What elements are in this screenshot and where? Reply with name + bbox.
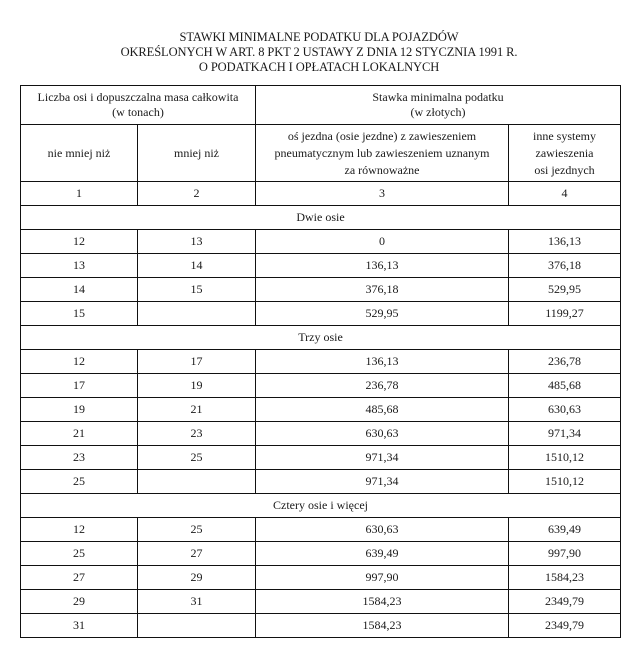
table-cell: 31: [138, 590, 256, 614]
column-number-2: 2: [138, 182, 256, 206]
table-cell: 13: [21, 254, 138, 278]
header-minimum-rate-line2: (w złotych): [260, 105, 616, 120]
column-header-line: zawieszenia: [513, 145, 616, 162]
table-cell: 630,63: [256, 518, 509, 542]
table-cell: 27: [138, 542, 256, 566]
table-cell: 1584,23: [509, 566, 621, 590]
table-cell: 529,95: [509, 278, 621, 302]
column-number-1: 1: [21, 182, 138, 206]
table-cell: 485,68: [509, 374, 621, 398]
column-header-3: oś jezdna (osie jezdne) z zawieszeniempn…: [256, 125, 509, 182]
table-cell: 971,34: [256, 446, 509, 470]
table-cell: 376,18: [256, 278, 509, 302]
column-header-line: za równoważne: [260, 162, 504, 179]
section-label: Dwie osie: [21, 206, 621, 230]
table-row: 12130136,13: [21, 230, 621, 254]
header-minimum-rate-line1: Stawka minimalna podatku: [260, 90, 616, 105]
column-header-2: mniej niż: [138, 125, 256, 182]
table-cell: 1584,23: [256, 614, 509, 638]
column-header-line: osi jezdnych: [513, 162, 616, 179]
document-title: STAWKI MINIMALNE PODATKU DLA POJAZDÓW OK…: [0, 30, 638, 75]
table-cell: 12: [21, 230, 138, 254]
table-cell: 27: [21, 566, 138, 590]
table-row: 2729997,901584,23: [21, 566, 621, 590]
table-cell: 376,18: [509, 254, 621, 278]
column-number-4: 4: [509, 182, 621, 206]
table-cell: 21: [21, 422, 138, 446]
table-cell: 630,63: [509, 398, 621, 422]
table-cell: 19: [138, 374, 256, 398]
table-cell: 630,63: [256, 422, 509, 446]
table-row: 15529,951199,27: [21, 302, 621, 326]
column-header-line: pneumatycznym lub zawieszeniem uznanym: [260, 145, 504, 162]
table-cell: [138, 302, 256, 326]
table-cell: 25: [21, 470, 138, 494]
header-row-columns: nie mniej niżmniej niżoś jezdna (osie je…: [21, 125, 621, 182]
table-cell: 29: [138, 566, 256, 590]
table-cell: 25: [138, 446, 256, 470]
table-cell: 1510,12: [509, 470, 621, 494]
section-row: Trzy osie: [21, 326, 621, 350]
table-cell: 23: [138, 422, 256, 446]
table-row: 1225630,63639,49: [21, 518, 621, 542]
table-row: 29311584,232349,79: [21, 590, 621, 614]
header-axles-mass: Liczba osi i dopuszczalna masa całkowita…: [21, 86, 256, 125]
table-cell: 13: [138, 230, 256, 254]
table-row: 1921485,68630,63: [21, 398, 621, 422]
table-cell: [138, 614, 256, 638]
table-cell: 19: [21, 398, 138, 422]
table-cell: 15: [138, 278, 256, 302]
tax-rates-table: Liczba osi i dopuszczalna masa całkowita…: [20, 85, 621, 638]
table-cell: 997,90: [256, 566, 509, 590]
title-line-2: OKREŚLONYCH W ART. 8 PKT 2 USTAWY Z DNIA…: [0, 45, 638, 60]
table-cell: 971,34: [509, 422, 621, 446]
table-cell: 485,68: [256, 398, 509, 422]
table-cell: 17: [21, 374, 138, 398]
column-header-1: nie mniej niż: [21, 125, 138, 182]
section-row: Cztery osie i więcej: [21, 494, 621, 518]
column-header-line: nie mniej niż: [25, 145, 133, 162]
table-cell: 236,78: [509, 350, 621, 374]
table-cell: 2349,79: [509, 614, 621, 638]
header-axles-mass-line2: (w tonach): [25, 105, 251, 120]
table-cell: [138, 470, 256, 494]
table-cell: 136,13: [256, 254, 509, 278]
header-axles-mass-line1: Liczba osi i dopuszczalna masa całkowita: [25, 90, 251, 105]
table-cell: 997,90: [509, 542, 621, 566]
column-header-line: mniej niż: [142, 145, 251, 162]
table-cell: 25: [21, 542, 138, 566]
table-cell: 529,95: [256, 302, 509, 326]
table-cell: 236,78: [256, 374, 509, 398]
section-label: Cztery osie i więcej: [21, 494, 621, 518]
table-row: 1217136,13236,78: [21, 350, 621, 374]
table-row: 1415376,18529,95: [21, 278, 621, 302]
table-row: 2325971,341510,12: [21, 446, 621, 470]
table-cell: 1199,27: [509, 302, 621, 326]
table-cell: 17: [138, 350, 256, 374]
table-cell: 136,13: [509, 230, 621, 254]
header-minimum-rate: Stawka minimalna podatku (w złotych): [256, 86, 621, 125]
table-cell: 1584,23: [256, 590, 509, 614]
table-cell: 23: [21, 446, 138, 470]
table-row: 311584,232349,79: [21, 614, 621, 638]
table-cell: 136,13: [256, 350, 509, 374]
table-cell: 14: [21, 278, 138, 302]
table-cell: 15: [21, 302, 138, 326]
table-cell: 639,49: [509, 518, 621, 542]
section-row: Dwie osie: [21, 206, 621, 230]
table-row: 2123630,63971,34: [21, 422, 621, 446]
table-row: 1719236,78485,68: [21, 374, 621, 398]
table-cell: 25: [138, 518, 256, 542]
title-line-3: O PODATKACH I OPŁATACH LOKALNYCH: [0, 60, 638, 75]
column-number-3: 3: [256, 182, 509, 206]
table-row: 1314136,13376,18: [21, 254, 621, 278]
column-header-4: inne systemyzawieszeniaosi jezdnych: [509, 125, 621, 182]
header-row-numbers: 1234: [21, 182, 621, 206]
table-cell: 31: [21, 614, 138, 638]
table-cell: 21: [138, 398, 256, 422]
table-cell: 2349,79: [509, 590, 621, 614]
header-row-groups: Liczba osi i dopuszczalna masa całkowita…: [21, 86, 621, 125]
title-line-1: STAWKI MINIMALNE PODATKU DLA POJAZDÓW: [0, 30, 638, 45]
table-cell: 12: [21, 350, 138, 374]
table-row: 2527639,49997,90: [21, 542, 621, 566]
table-body: Dwie osie12130136,131314136,13376,181415…: [21, 206, 621, 638]
column-header-line: inne systemy: [513, 128, 616, 145]
table-cell: 1510,12: [509, 446, 621, 470]
table-cell: 12: [21, 518, 138, 542]
table-cell: 971,34: [256, 470, 509, 494]
column-header-line: oś jezdna (osie jezdne) z zawieszeniem: [260, 128, 504, 145]
table-cell: 14: [138, 254, 256, 278]
section-label: Trzy osie: [21, 326, 621, 350]
table-cell: 0: [256, 230, 509, 254]
table-cell: 639,49: [256, 542, 509, 566]
table-row: 25971,341510,12: [21, 470, 621, 494]
table-cell: 29: [21, 590, 138, 614]
